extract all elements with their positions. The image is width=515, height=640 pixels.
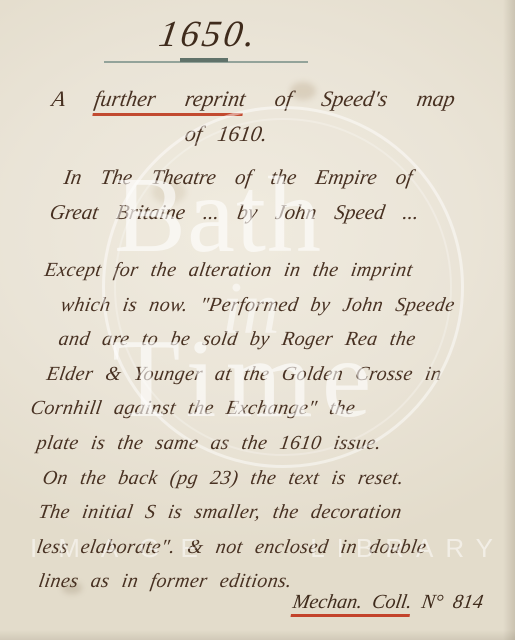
intro-text: of Speed's map bbox=[273, 86, 457, 111]
intro-underlined-text: further reprint bbox=[92, 86, 248, 116]
scan-edge bbox=[0, 630, 515, 640]
body-paragraph: Except for the alteration in the imprint… bbox=[36, 253, 452, 599]
intro-line-1: A further reprint of Speed's map bbox=[50, 86, 457, 112]
body-line: Except for the alteration in the imprint bbox=[42, 253, 457, 288]
body-line: On the back (pg 23) the text is reset. bbox=[40, 461, 457, 496]
body-line: Elder & Younger at the Golden Crosse in bbox=[44, 357, 457, 392]
body-line: and are to be sold by Roger Rea the bbox=[56, 322, 457, 357]
intro-line-2: of 1610. bbox=[183, 121, 269, 147]
body-line: less elaborate". & not enclosed in doubl… bbox=[34, 530, 457, 565]
collection-name: Mechan. Coll. bbox=[291, 591, 414, 617]
title-underline-dash bbox=[180, 58, 228, 62]
collection-number: N° 814 bbox=[420, 591, 485, 613]
body-line: Cornhill against the Exchange" the bbox=[28, 391, 457, 426]
source-title-line-2: Great Britaine ... by John Speed ... bbox=[48, 200, 421, 225]
collection-reference: Mechan. Coll. N° 814 bbox=[291, 591, 485, 614]
intro-text: A bbox=[50, 86, 67, 111]
source-title-line-1: In The Theatre of the Empire of bbox=[62, 165, 414, 190]
archive-card: 1650. A further reprint of Speed's map o… bbox=[0, 0, 515, 640]
scan-edge bbox=[503, 0, 515, 640]
year-title: 1650. bbox=[156, 13, 261, 56]
body-line: which is now. "Performed by John Speede bbox=[58, 288, 457, 323]
body-line: The initial S is smaller, the decoration bbox=[36, 495, 457, 530]
body-line: plate is the same as the 1610 issue. bbox=[34, 426, 457, 461]
